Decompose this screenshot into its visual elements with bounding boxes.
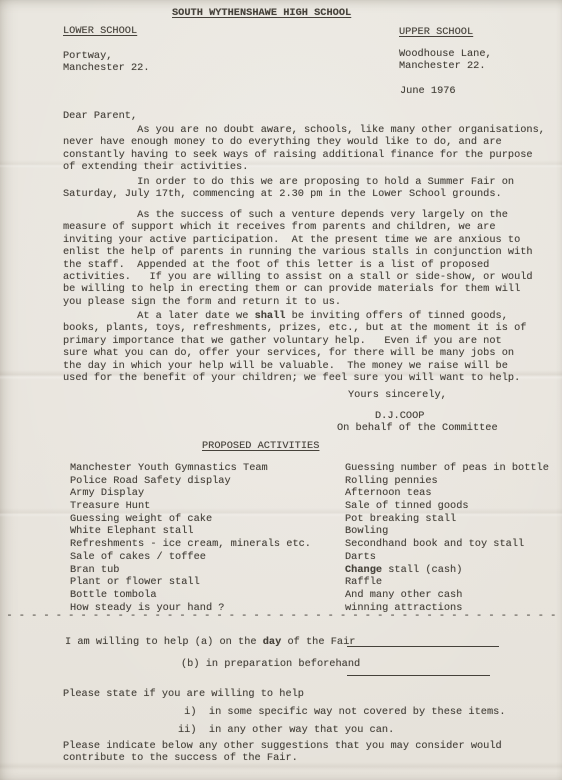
activity-item: Treasure Hunt <box>70 500 311 513</box>
activity-item: Bottle tombola <box>70 589 311 602</box>
school-title: SOUTH WYTHENSHAWE HIGH SCHOOL <box>172 7 351 19</box>
form-line-b: (b) in preparation beforehand <box>181 658 360 670</box>
form-line-a: I am willing to help (a) on the day of t… <box>65 636 355 648</box>
suggestions-note: Please indicate below any other suggesti… <box>63 740 502 765</box>
activity-item: Raffle <box>345 576 549 589</box>
paragraph-1: As you are no doubt aware, schools, like… <box>63 124 545 174</box>
blank-line-preparation <box>347 661 490 676</box>
activity-item: Bowling <box>345 525 549 538</box>
activity-item: Refreshments - ice cream, minerals etc. <box>70 538 311 551</box>
activity-item: Change stall (cash) <box>345 564 549 577</box>
closing-signature-name: D.J.COOP <box>375 410 424 422</box>
activity-item: Secondhand book and toy stall <box>345 538 549 551</box>
paragraph-4-bold-word: shall <box>255 310 286 322</box>
upper-school-address: Woodhouse Lane, Manchester 22. <box>399 48 492 73</box>
activity-item: And many other cash <box>345 589 549 602</box>
scanned-letter-page: SOUTH WYTHENSHAWE HIGH SCHOOL LOWER SCHO… <box>0 0 562 780</box>
help-item-ii: ii) in any other way that you can. <box>178 724 394 736</box>
activity-item: Guessing number of peas in bottle <box>345 462 549 475</box>
upper-school-label: UPPER SCHOOL <box>399 26 473 38</box>
lower-school-address: Portway, Manchester 22. <box>63 50 150 75</box>
activity-item: White Elephant stall <box>70 525 311 538</box>
activity-item: Plant or flower stall <box>70 576 311 589</box>
activity-item: Darts <box>345 551 549 564</box>
activity-item: Army Display <box>70 487 311 500</box>
form-line-a-text: of the Fair <box>281 636 355 648</box>
closing-on-behalf: On behalf of the Committee <box>337 422 498 434</box>
activity-item: Sale of cakes / toffee <box>70 551 311 564</box>
paragraph-4-text: be inviting offers of tinned goods, book… <box>63 310 526 384</box>
activity-item: Bran tub <box>70 564 311 577</box>
lower-school-label: LOWER SCHOOL <box>63 25 137 37</box>
salutation: Dear Parent, <box>63 110 137 122</box>
paragraph-4-text: At a later date we <box>63 310 255 322</box>
willing-to-help-prompt: Please state if you are willing to help <box>63 688 304 700</box>
form-line-a-text: I am willing to help (a) on the <box>65 636 263 648</box>
letter-date: June 1976 <box>400 85 456 97</box>
proposed-activities-heading: PROPOSED ACTIVITIES <box>202 440 319 452</box>
paragraph-3: As the success of such a venture depends… <box>63 209 533 308</box>
activity-item: Guessing weight of cake <box>70 513 311 526</box>
activity-item: Afternoon teas <box>345 487 549 500</box>
help-item-i: i) in some specific way not covered by t… <box>178 706 506 718</box>
paragraph-2: In order to do this we are proposing to … <box>63 176 514 201</box>
activity-item: Rolling pennies <box>345 475 549 488</box>
activity-item: Sale of tinned goods <box>345 500 549 513</box>
form-line-a-bold-word: day <box>263 636 282 648</box>
activities-left-column: Manchester Youth Gymnastics TeamPolice R… <box>70 462 311 614</box>
activity-item: Manchester Youth Gymnastics Team <box>70 462 311 475</box>
cut-here-dashed-divider: - - - - - - - - - - - - - - - - - - - - … <box>0 610 562 622</box>
closing-sincerely: Yours sincerely, <box>348 389 447 401</box>
paragraph-4: At a later date we shall be inviting off… <box>63 310 526 384</box>
activity-item: Police Road Safety display <box>70 475 311 488</box>
activity-item: Pot breaking stall <box>345 513 549 526</box>
blank-line-day-of-fair <box>347 633 499 647</box>
activities-right-column: Guessing number of peas in bottleRolling… <box>345 462 549 614</box>
